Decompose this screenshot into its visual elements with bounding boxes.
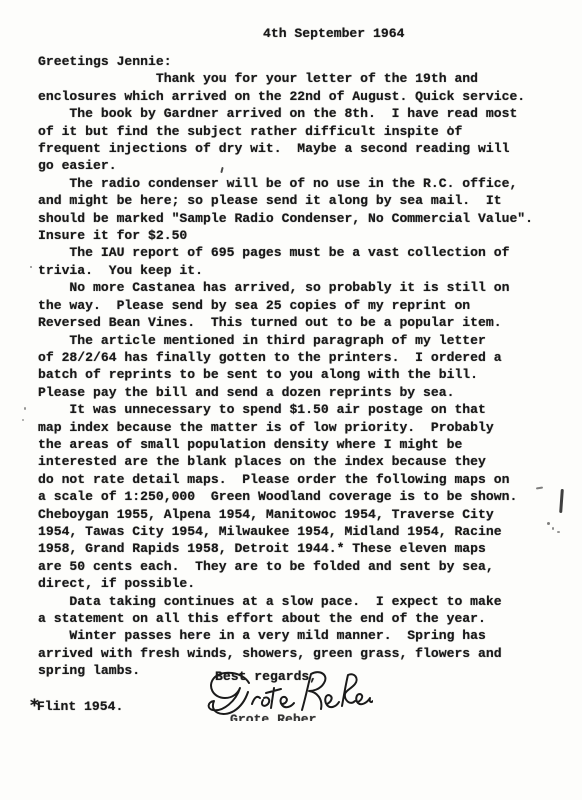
letter-line: direct, if possible. [38, 575, 558, 592]
letter-line: of it but find the subject rather diffic… [38, 123, 558, 140]
letter-line: Insure it for $2.50 [38, 227, 558, 244]
letter-line: and might be here; so please send it alo… [38, 192, 558, 209]
stray-dot [22, 419, 24, 421]
letter-line: enclosures which arrived on the 22nd of … [38, 88, 558, 105]
letter-line: The book by Gardner arrived on the 8th. … [38, 105, 558, 122]
letter-line: The article mentioned in third paragraph… [38, 332, 558, 349]
letter-line: of 28/2/64 has finally gotten to the pri… [38, 349, 558, 366]
letter-line: Data taking continues at a slow pace. I … [38, 593, 558, 610]
letter-line: should be marked "Sample Radio Condenser… [38, 210, 558, 227]
letter-line: a scale of 1:250,000 Green Woodland cove… [38, 488, 558, 505]
letter-line: map index because the matter is of low p… [38, 419, 558, 436]
footnote-text: Flint 1954. [37, 699, 123, 714]
ink-speck [557, 531, 560, 533]
letter-line: are 50 cents each. They are to be folded… [38, 558, 558, 575]
letter-body: Greetings Jennie: Thank you for your let… [38, 53, 558, 680]
letter-line: Greetings Jennie: [38, 53, 558, 70]
pen-mark-right-margin [559, 489, 564, 513]
letter-line: Thank you for your letter of the 19th an… [38, 70, 558, 87]
letter-line: trivia. You keep it. [38, 262, 558, 279]
letter-line: arrived with fresh winds, showers, green… [38, 645, 558, 662]
letter-line: the way. Please send by sea 25 copies of… [38, 297, 558, 314]
letter-line: go easier. [38, 157, 558, 174]
stray-dot [449, 126, 451, 128]
letter-line: It was unnecessary to spend $1.50 air po… [38, 401, 558, 418]
letter-line: Please pay the bill and send a dozen rep… [38, 384, 558, 401]
stray-dot [24, 407, 26, 410]
letter-line: Winter passes here in a very mild manner… [38, 627, 558, 644]
letter-line: Reversed Bean Vines. This turned out to … [38, 314, 558, 331]
ink-speck [552, 527, 554, 530]
letter-line: No more Castanea has arrived, so probabl… [38, 279, 558, 296]
signature-stroke-reber [302, 672, 373, 710]
signature-stroke-grote [209, 673, 294, 714]
letter-line: 1954, Tawas City 1954, Milwaukee 1954, M… [38, 523, 558, 540]
letter-line: the areas of small population density wh… [38, 436, 558, 453]
letter-line: interested are the blank places on the i… [38, 453, 558, 470]
letter-page: 4th September 1964 Greetings Jennie: Tha… [0, 0, 582, 800]
footnote: *Flint 1954. [30, 697, 123, 715]
letter-line: do not rate detail maps. Please order th… [38, 471, 558, 488]
ink-speck [547, 522, 550, 525]
letter-line: 1958, Grand Rapids 1958, Detroit 1944.* … [38, 540, 558, 557]
letter-date: 4th September 1964 [263, 25, 404, 42]
typed-signature-name: Grote Reber [230, 711, 316, 721]
stray-dot [30, 266, 32, 268]
letter-line: a statement on all this effort about the… [38, 610, 558, 627]
letter-line: frequent injections of dry wit. Maybe a … [38, 140, 558, 157]
letter-line: Cheboygan 1955, Alpena 1954, Manitowoc 1… [38, 506, 558, 523]
letter-line: The radio condenser will be of no use in… [38, 175, 558, 192]
footnote-asterisk: * [30, 696, 39, 716]
letter-line: batch of reprints to be sent to you alon… [38, 366, 558, 383]
letter-line: The IAU report of 695 pages must be a va… [38, 244, 558, 261]
